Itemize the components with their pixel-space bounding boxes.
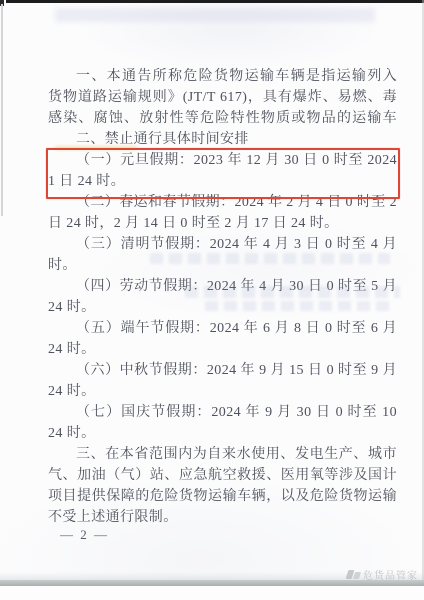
document-line: （三）清明节假期：2024 年 4 月 3 日 0 时至 4 月 6 日 24 [48, 234, 397, 255]
document-line: 24 时。 [48, 339, 397, 360]
document-line: （六）中秋节假期：2024 年 9 月 15 日 0 时至 9 月 17 日 [48, 360, 397, 381]
bleedthrough-ghost [150, 253, 390, 264]
bleedthrough-ghost [185, 286, 400, 298]
watermark: 危货品管家 [347, 567, 418, 581]
bleedthrough-ghost [205, 301, 395, 311]
document-line: 一、本通告所称危险货物运输车辆是指运输列入《危险 [48, 66, 397, 87]
document-line: 24 时。 [48, 423, 397, 444]
document-line: 24 时。 [48, 381, 397, 402]
red-highlight-box [46, 148, 400, 199]
scanned-document-page: 一、本通告所称危险货物运输车辆是指运输列入《危险货物道路运输规则》(JT/T 6… [0, 0, 424, 600]
watermark-logo-icon [347, 570, 360, 579]
document-line: 三、在本省范围内为自来水使用、发电生产、城市燃 [48, 444, 397, 465]
scan-margin-bottom [0, 586, 424, 600]
document-line: 不受上述通行限制。 [48, 507, 397, 528]
document-line: 二、禁止通行具体时间安排 [48, 129, 397, 150]
document-line: 感染、腐蚀、放射性等危险特性物质或物品的运输车辆。 [48, 108, 397, 129]
document-line: 货物道路运输规则》(JT/T 617)，具有爆炸、易燃、毒害、 [48, 87, 397, 108]
scan-edge-left [1, 4, 3, 216]
scan-edge-top [6, 0, 424, 3]
document-line: 项目提供保障的危险货物运输车辆，以及危险货物运输空车 [48, 486, 397, 507]
document-line: 气、加油（气）站、应急航空救援、医用氧等涉及国计民生 [48, 465, 397, 486]
page-number: — 2 — [60, 527, 109, 543]
bleedthrough-band [55, 8, 375, 22]
document-line: （七）国庆节假期：2024 年 9 月 30 日 0 时至 10 月 7 日 [48, 402, 397, 423]
document-line: 日 24 时，2 月 14 日 0 时至 2 月 17 日 24 时。 [48, 213, 397, 234]
document-line: （五）端午节假期：2024 年 6 月 8 日 0 时至 6 月 10 日 [48, 318, 397, 339]
